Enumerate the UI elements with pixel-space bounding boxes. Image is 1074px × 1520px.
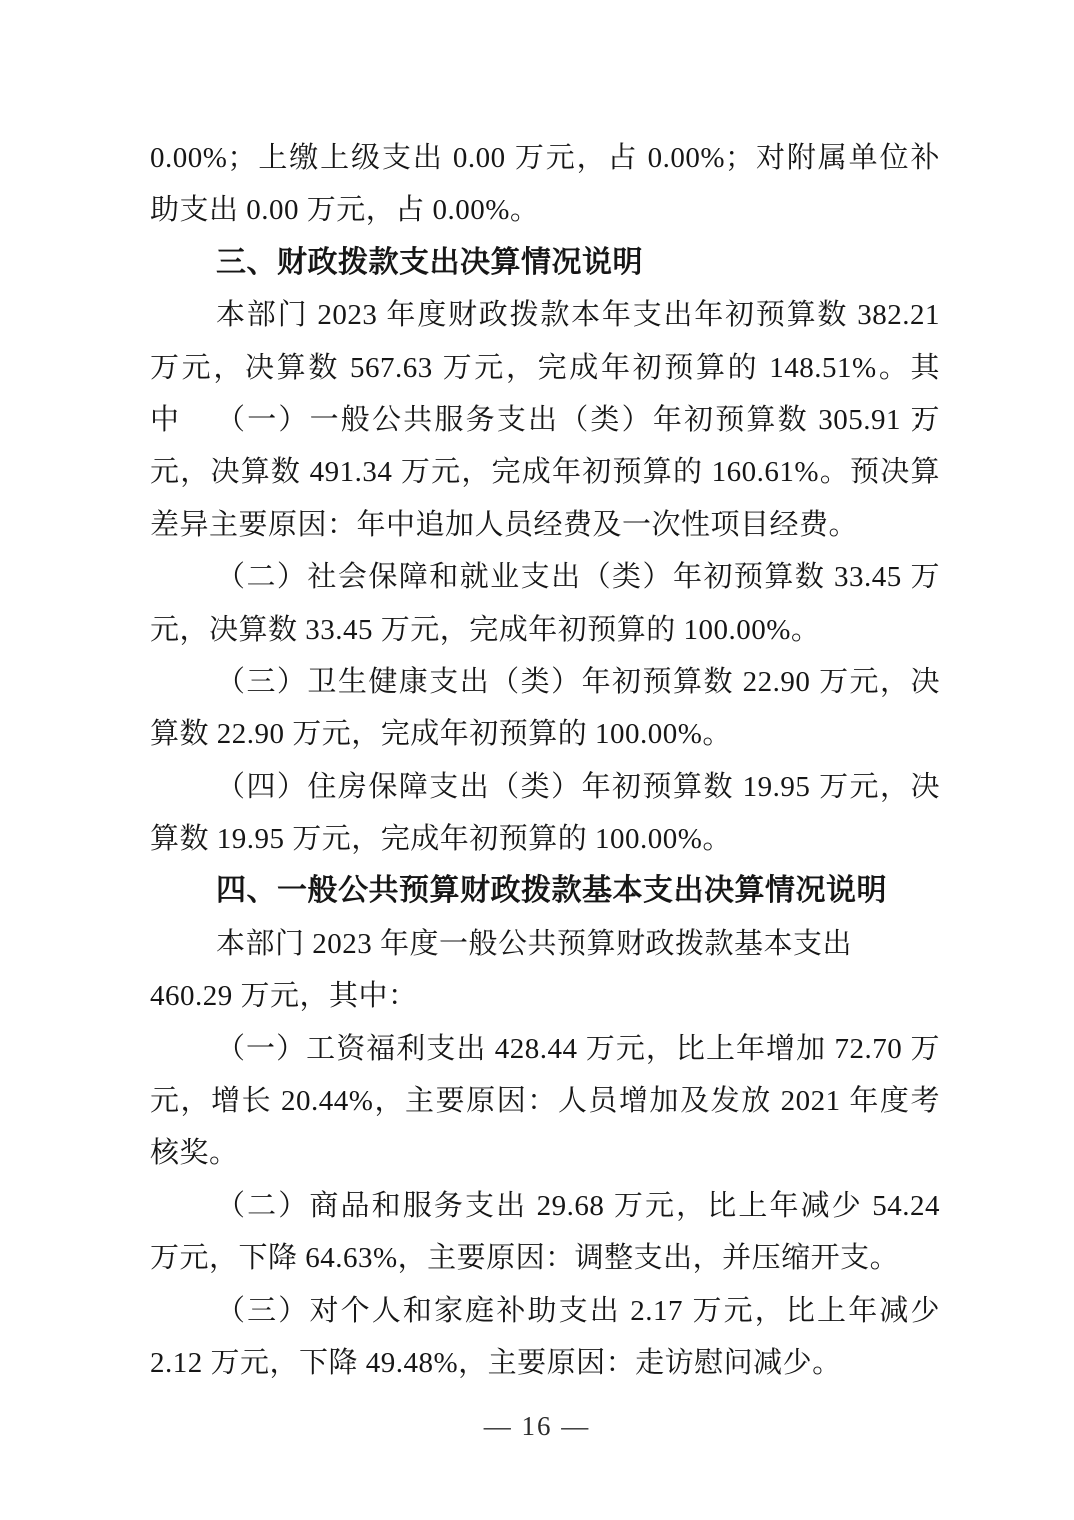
- body-line: （二）社会保障和就业支出（类）年初预算数 33.45 万: [150, 551, 940, 603]
- document-body: 0.00%；上缴上级支出 0.00 万元，占 0.00%；对附属单位补助支出 0…: [150, 132, 940, 1389]
- body-line: （三）卫生健康支出（类）年初预算数 22.90 万元，决: [150, 656, 940, 708]
- body-line: 2.12 万元，下降 49.48%，主要原因：走访慰问减少。: [150, 1337, 940, 1389]
- section-heading-4: 四、一般公共预算财政拨款基本支出决算情况说明: [150, 865, 940, 917]
- body-line: （三）对个人和家庭补助支出 2.17 万元，比上年减少: [150, 1285, 940, 1337]
- body-line: 本部门 2023 年度一般公共预算财政拨款基本支出: [150, 918, 940, 970]
- document-page: 0.00%；上缴上级支出 0.00 万元，占 0.00%；对附属单位补助支出 0…: [0, 0, 1074, 1520]
- body-line: 核奖。: [150, 1127, 940, 1179]
- body-line: 元，决算数 33.45 万元，完成年初预算的 100.00%。: [150, 604, 940, 656]
- page-footer: — 16 —: [0, 1405, 1074, 1447]
- body-line: 460.29 万元，其中：: [150, 970, 940, 1022]
- body-line: 差异主要原因：年中追加人员经费及一次性项目经费。: [150, 499, 940, 551]
- body-line: 算数 19.95 万元，完成年初预算的 100.00%。: [150, 813, 940, 865]
- body-line: 元，决算数 491.34 万元，完成年初预算的 160.61%。预决算: [150, 446, 940, 498]
- body-line: （二）商品和服务支出 29.68 万元，比上年减少 54.24: [150, 1180, 940, 1232]
- body-line: 万元，下降 64.63%，主要原因：调整支出，并压缩开支。: [150, 1232, 940, 1284]
- body-line: （一）一般公共服务支出（类）年初预算数 305.91 万: [150, 394, 940, 446]
- page-number: — 16 —: [484, 1411, 591, 1441]
- body-line: 万元，决算数 567.63 万元，完成年初预算的 148.51%。其中：: [150, 342, 940, 394]
- body-line: 元，增长 20.44%，主要原因：人员增加及发放 2021 年度考: [150, 1075, 940, 1127]
- body-line: （四）住房保障支出（类）年初预算数 19.95 万元，决: [150, 761, 940, 813]
- body-line: （一）工资福利支出 428.44 万元，比上年增加 72.70 万: [150, 1023, 940, 1075]
- body-line: 本部门 2023 年度财政拨款本年支出年初预算数 382.21: [150, 289, 940, 341]
- section-heading-3: 三、财政拨款支出决算情况说明: [150, 237, 940, 289]
- body-line: 0.00%；上缴上级支出 0.00 万元，占 0.00%；对附属单位补: [150, 132, 940, 184]
- body-line: 算数 22.90 万元，完成年初预算的 100.00%。: [150, 708, 940, 760]
- body-line: 助支出 0.00 万元，占 0.00%。: [150, 184, 940, 236]
